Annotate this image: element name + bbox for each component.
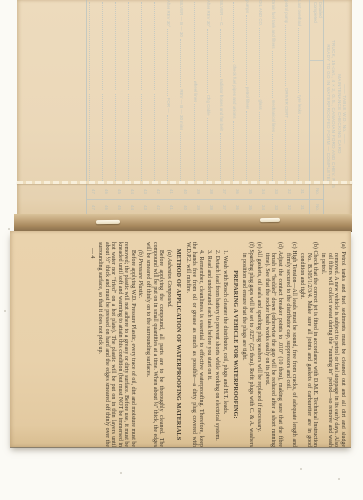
dotted-leader	[115, 94, 117, 182]
faint-row-label: OIL AND CO.	[257, 0, 263, 26]
faint-row-number: 32	[283, 199, 296, 215]
faint-row-label: After REV 30°	[165, 0, 171, 27]
dotted-leader	[259, 112, 261, 181]
faint-row-number: 40	[178, 199, 191, 215]
dotted-leader	[167, 115, 169, 181]
dotted-leader	[233, 121, 235, 181]
list-item-paragraph: (a) Petrol tanks and fuel sediments must…	[320, 242, 346, 447]
page-number: — 4	[89, 242, 95, 447]
dotted-leader	[89, 2, 91, 90]
numbered-paragraph: 2. Detach lead from battery to prevent s…	[214, 242, 221, 447]
manual-page: (a) Petrol tanks and fuel sediments must…	[10, 231, 351, 447]
sub-heading: (b) Pressure Plastic.	[137, 242, 144, 447]
scan-speckle	[120, 472, 122, 474]
list-item-paragraph: (f) Sparking plug gaps will be set to .0…	[241, 242, 254, 447]
faint-row-number: 46	[100, 183, 113, 199]
dotted-leader	[246, 15, 248, 85]
faint-title-line: TRUCK, 15-cwt., 4 × 2, G.S., CANADIAN FO…	[331, 0, 336, 228]
dotted-leader	[180, 132, 182, 181]
faint-title-line: —— TABLE W.D. No. ——	[342, 0, 347, 228]
dotted-leader	[259, 28, 261, 97]
faint-row-number: 39	[192, 183, 205, 199]
faint-row-label: tyre leaks	[296, 95, 302, 114]
faint-row-number: 44	[126, 183, 139, 199]
dotted-leader	[220, 133, 222, 181]
faint-row-number: 41	[165, 199, 178, 215]
section-heading: METHOD OF APPLICATION OF WATERPROOFING M…	[174, 242, 181, 447]
list-item-paragraph: (b) Check that the correct jet is fitted…	[299, 242, 319, 447]
faint-row-label: check fuel pipes and unions	[231, 64, 237, 118]
faint-row-label: Chg Cable	[205, 95, 211, 116]
scan-speckle	[338, 478, 340, 480]
dotted-leader	[285, 25, 287, 86]
faint-maintenance-table: —— TABLE W.D. No. ——MAINTENANCE CHECKING…	[17, 0, 349, 228]
faint-row-number: 31	[296, 183, 309, 199]
dotted-leader	[298, 116, 300, 181]
numbered-paragraph: 3. Read and understand each task before …	[205, 242, 212, 447]
faint-row-number: 31	[296, 199, 309, 215]
dotted-leader	[272, 134, 274, 181]
faint-row-label: wheel lines	[192, 81, 198, 103]
scan-speckle	[4, 310, 6, 312]
faint-row-label: FOR —	[165, 98, 171, 113]
dotted-leader	[194, 104, 196, 181]
manual-page-text: (a) Petrol tanks and fuel sediments must…	[34, 242, 346, 447]
faint-row-number: 37	[218, 199, 231, 215]
faint-row-number: 37	[218, 183, 231, 199]
faint-row-label: pumps	[244, 0, 250, 13]
faint-table-header-spacer	[310, 61, 323, 183]
faint-row-number: 43	[139, 183, 152, 199]
numbered-paragraph: 4. Remember, cleanliness is essential to…	[184, 242, 204, 447]
dotted-leader	[154, 94, 156, 182]
faint-number-header: No.	[310, 183, 323, 199]
staple	[260, 218, 280, 222]
dotted-leader	[246, 111, 248, 181]
faint-row-number: 34	[257, 199, 270, 215]
faint-row-number: 42	[152, 199, 165, 215]
faint-row-number: 43	[139, 199, 152, 215]
dotted-leader	[154, 2, 156, 90]
dotted-leader	[298, 28, 300, 93]
faint-title-line: MAINTENANCE CHECKING CARD	[336, 0, 341, 228]
dotted-leader	[128, 94, 130, 182]
section-heading: PREPARING A VEHICLE FOR WATERPROOFING:	[231, 242, 238, 447]
faint-row-number: 47	[87, 183, 100, 199]
scan-speckle	[300, 468, 302, 470]
faint-row-number: 33	[270, 183, 283, 199]
dotted-leader	[141, 2, 143, 90]
faint-row-label: Drain fuel tank and filters	[270, 0, 276, 49]
page-fold-band	[14, 214, 352, 232]
dotted-leader	[102, 94, 104, 182]
faint-row-number: 45	[113, 183, 126, 199]
scan-speckle	[8, 228, 10, 230]
faint-row-number: 35	[244, 199, 257, 215]
dotted-leader	[141, 94, 143, 182]
faint-number-header: No.	[310, 199, 323, 215]
dotted-leader	[207, 118, 209, 181]
faint-row-number: 38	[205, 183, 218, 199]
dotted-leader	[194, 2, 196, 79]
dotted-leader	[233, 2, 235, 62]
faint-row-label: Last overhaul	[296, 0, 302, 26]
body-paragraph: Before applying W.D. Pressure Plastic, e…	[97, 242, 136, 447]
list-item-paragraph: (d) Adjust the contact breaker points to…	[263, 242, 283, 447]
dotted-leader	[128, 2, 130, 90]
faint-row-number: 44	[126, 199, 139, 215]
dotted-leader	[285, 120, 287, 181]
faint-table-header-cell: DetailedCompleted	[310, 0, 323, 61]
reverse-page-show-through: —— TABLE W.D. No. ——MAINTENANCE CHECKING…	[17, 0, 352, 231]
dotted-leader	[102, 2, 104, 90]
list-item-paragraph: (e) All gaskets, oil seals and sparking …	[255, 242, 262, 447]
fold-crease-highlight	[17, 181, 352, 184]
dotted-leader	[89, 94, 91, 182]
faint-row-label: radiator hoses and fan belt	[218, 79, 224, 131]
faint-row-number: 36	[231, 183, 244, 199]
dotted-leader	[167, 29, 169, 95]
faint-row-number: 41	[165, 183, 178, 199]
faint-row-label: DRIVER CERT	[283, 88, 289, 118]
faint-row-label: petrol filters	[244, 87, 250, 110]
staple	[96, 220, 120, 224]
faint-row-number: 46	[100, 199, 113, 215]
dotted-leader	[115, 2, 117, 90]
dotted-leader	[180, 39, 182, 88]
faint-row-number: 47	[87, 199, 100, 215]
faint-row-label: REV — B — 30 mins	[178, 89, 184, 130]
sub-heading: (a) Asbestos Compound.	[165, 242, 172, 447]
body-paragraph: Before applying the compound, all parts …	[145, 242, 165, 447]
list-item-paragraph: (c) High Tension—All leads must be sound…	[284, 242, 297, 447]
faint-row-number: 39	[192, 199, 205, 215]
faint-row-number: 40	[178, 183, 191, 199]
faint-row-number: 33	[270, 199, 283, 215]
faint-row-label: glass	[257, 99, 263, 109]
faint-row-label: mechanical lines	[270, 100, 276, 132]
faint-table-titles: —— TABLE W.D. No. ——MAINTENANCE CHECKING…	[325, 0, 349, 228]
faint-row-number: 35	[244, 183, 257, 199]
dotted-leader	[272, 51, 274, 98]
faint-row-number: 42	[152, 183, 165, 199]
faint-row-label: After REV 30°	[205, 0, 211, 27]
dotted-leader	[220, 29, 222, 77]
faint-row-number: 32	[283, 183, 296, 199]
faint-header-label: Detailed	[318, 2, 324, 60]
faint-row-label: petrol pump	[283, 0, 289, 23]
faint-row-label: SILVER — B — 30	[178, 0, 184, 37]
faint-row-number: 45	[113, 199, 126, 215]
faint-row-number: 34	[257, 183, 270, 199]
faint-row-number: 36	[231, 199, 244, 215]
numbered-paragraph: 1. Wash with Bosch cleaner the distribut…	[222, 242, 229, 447]
faint-title-line: READY TO GO IN WATERPROOFED FORM — COMPL…	[325, 0, 330, 228]
faint-header-label: Completed	[312, 2, 318, 60]
faint-table-number-headers: No.No.	[310, 183, 323, 215]
faint-row-number: 38	[205, 199, 218, 215]
manual-paragraphs: (a) Petrol tanks and fuel sediments must…	[97, 242, 346, 447]
dotted-leader	[207, 29, 209, 92]
faint-row-label: SILVER — C.	[218, 0, 224, 27]
